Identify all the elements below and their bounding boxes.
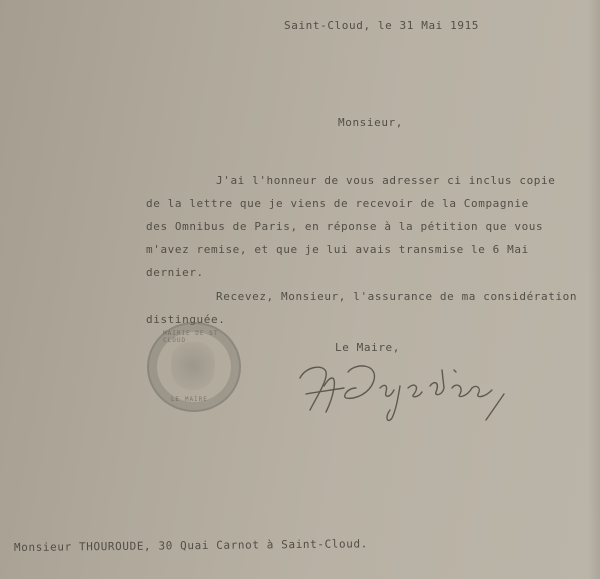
body-line-2: de la lettre que je viens de recevoir de… <box>146 197 529 210</box>
seal-text-top: MAIRIE DE ST CLOUD <box>163 330 239 344</box>
body-line-3: des Omnibus de Paris, en réponse à la pé… <box>146 220 543 233</box>
signatory-title: Le Maire, <box>335 341 400 354</box>
seal-emblem <box>171 342 215 390</box>
body-line-1: J'ai l'honneur de vous adresser ci inclu… <box>216 174 555 187</box>
place-date: Saint-Cloud, le 31 Mai 1915 <box>284 19 479 32</box>
closing-line-1: Recevez, Monsieur, l'assurance de ma con… <box>216 290 577 303</box>
body-line-5: dernier. <box>146 266 204 279</box>
seal-text-bottom: LE MAIRE <box>171 396 208 403</box>
salutation: Monsieur, <box>338 116 403 129</box>
official-seal-stamp: MAIRIE DE ST CLOUD LE MAIRE <box>147 322 241 412</box>
handwritten-signature <box>296 358 526 428</box>
page-edge-shadow <box>588 0 600 579</box>
body-line-4: m'avez remise, et que je lui avais trans… <box>146 243 529 256</box>
